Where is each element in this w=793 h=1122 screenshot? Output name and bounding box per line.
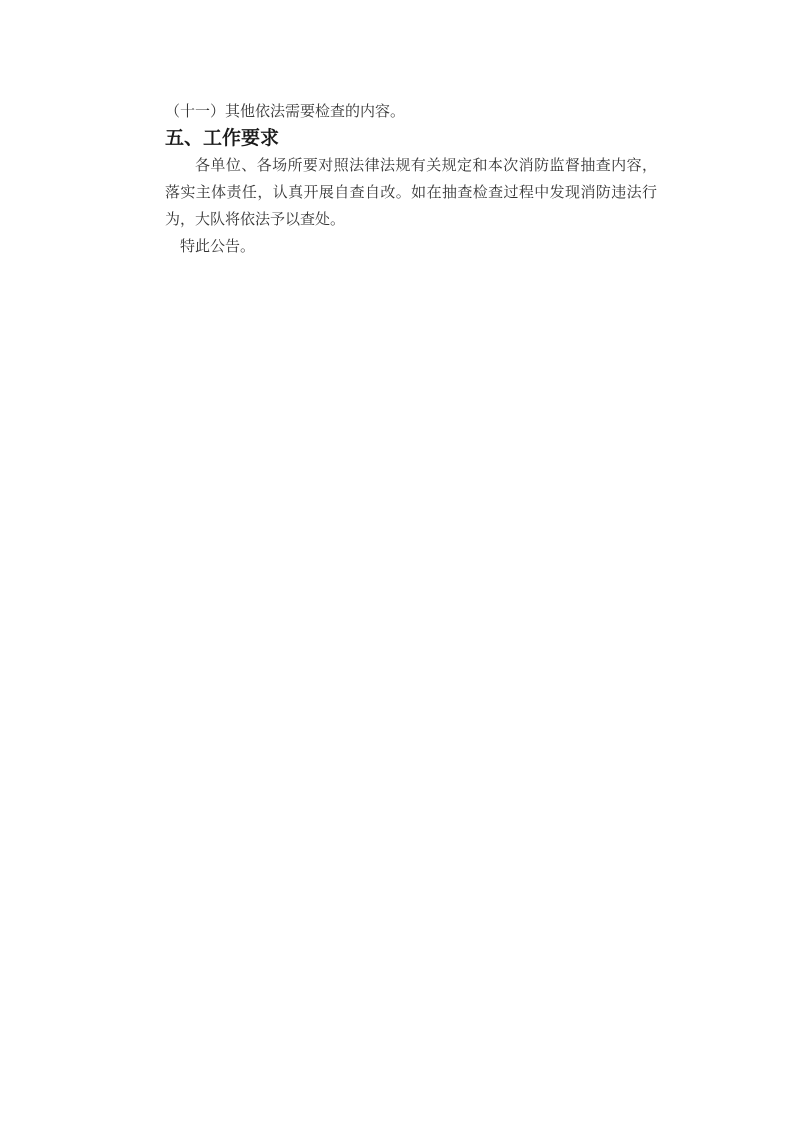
closing-line: 特此公告。 (165, 233, 657, 260)
list-item-11: （十一）其他依法需要检查的内容。 (165, 98, 657, 125)
document-page: （十一）其他依法需要检查的内容。 五、工作要求 各单位、各场所要对照法律法规有关… (0, 0, 793, 1122)
section-heading: 五、工作要求 (165, 125, 657, 152)
body-paragraph: 各单位、各场所要对照法律法规有关规定和本次消防监督抽查内容，落实主体责任，认真开… (165, 152, 657, 233)
document-content: （十一）其他依法需要检查的内容。 五、工作要求 各单位、各场所要对照法律法规有关… (165, 98, 657, 260)
